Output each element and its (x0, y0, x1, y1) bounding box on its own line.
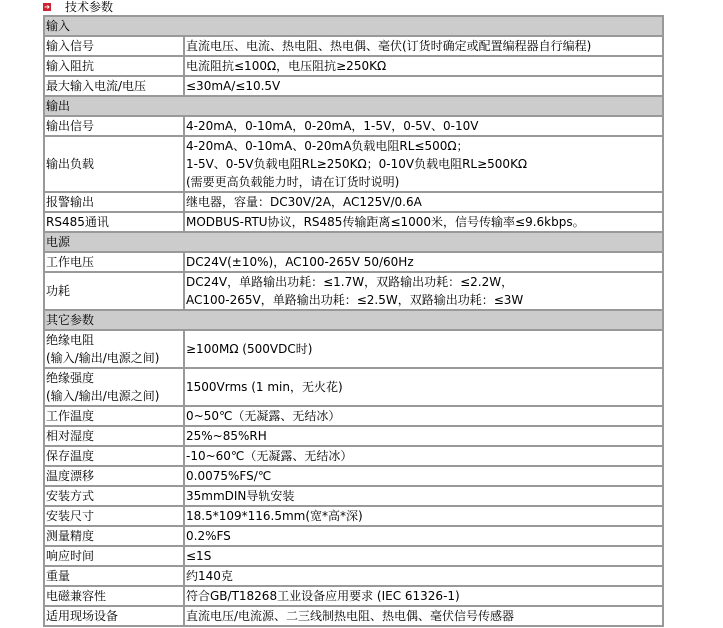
param-name-line: 绝缘强度 (46, 369, 183, 387)
param-value-line: 1500Vrms (1 min，无火花) (186, 378, 662, 396)
param-value: 0~50℃（无凝露、无结冰） (184, 406, 663, 426)
param-value: MODBUS-RTU协议，RS485传输距离≤1000米，信号传输率≤9.6kb… (184, 212, 663, 232)
param-value: 25%~85%RH (184, 426, 663, 446)
table-row: 绝缘强度(输入/输出/电源之间)1500Vrms (1 min，无火花) (44, 368, 663, 406)
param-value-line: DC24V，单路输出功耗：≤1.7W，双路输出功耗：≤2.2W， (186, 273, 662, 291)
table-row: 最大输入电流/电压≤30mA/≤10.5V (44, 76, 663, 96)
param-name-line: (输入/输出/电源之间) (46, 387, 183, 405)
table-row: 报警输出继电器，容量：DC30V/2A，AC125V/0.6A (44, 192, 663, 212)
param-value: 直流电压/电流源、二三线制热电阻、热电偶、毫伏信号传感器 (184, 606, 663, 626)
param-name-line: 安装方式 (46, 487, 183, 505)
param-name-line: 输出信号 (46, 117, 183, 135)
table-row: 输入信号直流电压、电流、热电阻、热电偶、毫伏(订货时确定或配置编程器自行编程) (44, 36, 663, 56)
param-name: 功耗 (44, 272, 184, 310)
param-name-line: 适用现场设备 (46, 607, 183, 625)
param-name: 绝缘电阻(输入/输出/电源之间) (44, 330, 184, 368)
param-value-line: 25%~85%RH (186, 427, 662, 445)
param-name-line: (输入/输出/电源之间) (46, 349, 183, 367)
param-name: 安装尺寸 (44, 506, 184, 526)
param-name: RS485通讯 (44, 212, 184, 232)
param-value-line: 约140克 (186, 567, 662, 585)
param-name-line: 工作电压 (46, 253, 183, 271)
param-value-line: DC24V(±10%)，AC100-265V 50/60Hz (186, 253, 662, 271)
param-value-line: 18.5*109*116.5mm(宽*高*深) (186, 507, 662, 525)
param-value: 电流阻抗≤100Ω，电压阻抗≥250KΩ (184, 56, 663, 76)
param-name-line: 输入信号 (46, 37, 183, 55)
param-value-line: 直流电压/电流源、二三线制热电阻、热电偶、毫伏信号传感器 (186, 607, 662, 625)
param-name-line: 安装尺寸 (46, 507, 183, 525)
table-row: 安装尺寸18.5*109*116.5mm(宽*高*深) (44, 506, 663, 526)
param-name-line: 相对湿度 (46, 427, 183, 445)
param-value-line: (需要更高负载能力时，请在订货时说明) (186, 173, 662, 191)
param-name-line: 输入阻抗 (46, 57, 183, 75)
param-name: 重量 (44, 566, 184, 586)
table-row: 工作电压DC24V(±10%)，AC100-265V 50/60Hz (44, 252, 663, 272)
table-row: 适用现场设备直流电压/电流源、二三线制热电阻、热电偶、毫伏信号传感器 (44, 606, 663, 626)
param-name: 输出信号 (44, 116, 184, 136)
param-value: DC24V，单路输出功耗：≤1.7W，双路输出功耗：≤2.2W，AC100-26… (184, 272, 663, 310)
param-name-line: RS485通讯 (46, 213, 183, 231)
param-value-line: 0.2%FS (186, 527, 662, 545)
table-row: 响应时间≤1S (44, 546, 663, 566)
param-value: ≤30mA/≤10.5V (184, 76, 663, 96)
table-row: 保存温度-10~60℃（无凝露、无结冰） (44, 446, 663, 466)
param-name: 相对湿度 (44, 426, 184, 446)
table-row: RS485通讯MODBUS-RTU协议，RS485传输距离≤1000米，信号传输… (44, 212, 663, 232)
section-header: 输入 (44, 16, 663, 36)
param-name-line: 绝缘电阻 (46, 331, 183, 349)
param-name: 绝缘强度(输入/输出/电源之间) (44, 368, 184, 406)
param-value-line: 4-20mA，0-10mA，0-20mA，1-5V，0-5V、0-10V (186, 117, 662, 135)
param-name-line: 保存温度 (46, 447, 183, 465)
param-name: 报警输出 (44, 192, 184, 212)
table-row: 绝缘电阻(输入/输出/电源之间)≥100MΩ (500VDC时) (44, 330, 663, 368)
param-value-line: 4-20mA、0-10mA、0-20mA负载电阻RL≤500Ω； (186, 137, 662, 155)
red-arrow-icon: ➜ (43, 3, 51, 11)
param-name: 安装方式 (44, 486, 184, 506)
param-name-line: 输出负载 (46, 155, 183, 173)
param-value: DC24V(±10%)，AC100-265V 50/60Hz (184, 252, 663, 272)
param-name: 保存温度 (44, 446, 184, 466)
param-value: 继电器，容量：DC30V/2A，AC125V/0.6A (184, 192, 663, 212)
param-value-line: 0.0075%FS/℃ (186, 467, 662, 485)
table-row: 输出负载4-20mA、0-10mA、0-20mA负载电阻RL≤500Ω；1-5V… (44, 136, 663, 192)
param-name: 电磁兼容性 (44, 586, 184, 606)
table-row: 电磁兼容性符合GB/T18268工业设备应用要求 (IEC 61326-1) (44, 586, 663, 606)
param-value: ≥100MΩ (500VDC时) (184, 330, 663, 368)
param-name-line: 重量 (46, 567, 183, 585)
param-value: ≤1S (184, 546, 663, 566)
param-name: 适用现场设备 (44, 606, 184, 626)
param-value: -10~60℃（无凝露、无结冰） (184, 446, 663, 466)
param-value-line: -10~60℃（无凝露、无结冰） (186, 447, 662, 465)
param-name-line: 功耗 (46, 282, 183, 300)
table-row: 温度漂移0.0075%FS/℃ (44, 466, 663, 486)
param-value: 直流电压、电流、热电阻、热电偶、毫伏(订货时确定或配置编程器自行编程) (184, 36, 663, 56)
table-row: 工作温度0~50℃（无凝露、无结冰） (44, 406, 663, 426)
table-row: 输入阻抗电流阻抗≤100Ω，电压阻抗≥250KΩ (44, 56, 663, 76)
param-value-line: ≤1S (186, 547, 662, 565)
param-value-line: 0~50℃（无凝露、无结冰） (186, 407, 662, 425)
param-value-line: 电流阻抗≤100Ω，电压阻抗≥250KΩ (186, 57, 662, 75)
section-header: 输出 (44, 96, 663, 116)
section-title: ➜ 技术参数 (43, 0, 113, 14)
param-value-line: 直流电压、电流、热电阻、热电偶、毫伏(订货时确定或配置编程器自行编程) (186, 37, 662, 55)
section-header-row: 输入 (44, 16, 663, 36)
section-header: 电源 (44, 232, 663, 252)
param-name-line: 温度漂移 (46, 467, 183, 485)
param-name: 最大输入电流/电压 (44, 76, 184, 96)
param-value-line: AC100-265V，单路输出功耗：≤2.5W，双路输出功耗：≤3W (186, 291, 662, 309)
param-name-line: 报警输出 (46, 193, 183, 211)
param-name-line: 响应时间 (46, 547, 183, 565)
param-value-line: 1-5V、0-5V负载电阻RL≥250KΩ；0-10V负载电阻RL≥500KΩ (186, 155, 662, 173)
param-name: 输入阻抗 (44, 56, 184, 76)
section-header-row: 电源 (44, 232, 663, 252)
table-row: 相对湿度25%~85%RH (44, 426, 663, 446)
section-header-row: 输出 (44, 96, 663, 116)
param-value: 0.2%FS (184, 526, 663, 546)
param-value-line: 继电器，容量：DC30V/2A，AC125V/0.6A (186, 193, 662, 211)
param-value: 符合GB/T18268工业设备应用要求 (IEC 61326-1) (184, 586, 663, 606)
table-row: 功耗DC24V，单路输出功耗：≤1.7W，双路输出功耗：≤2.2W，AC100-… (44, 272, 663, 310)
param-value: 4-20mA，0-10mA，0-20mA，1-5V，0-5V、0-10V (184, 116, 663, 136)
param-value-line: MODBUS-RTU协议，RS485传输距离≤1000米，信号传输率≤9.6kb… (186, 213, 662, 231)
section-header: 其它参数 (44, 310, 663, 330)
param-value-line: 符合GB/T18268工业设备应用要求 (IEC 61326-1) (186, 587, 662, 605)
param-name-line: 电磁兼容性 (46, 587, 183, 605)
param-value: 0.0075%FS/℃ (184, 466, 663, 486)
param-name: 输出负载 (44, 136, 184, 192)
table-row: 重量约140克 (44, 566, 663, 586)
param-name-line: 最大输入电流/电压 (46, 77, 183, 95)
param-value-line: ≥100MΩ (500VDC时) (186, 340, 662, 358)
section-header-row: 其它参数 (44, 310, 663, 330)
param-name: 工作温度 (44, 406, 184, 426)
param-name: 温度漂移 (44, 466, 184, 486)
param-value: 35mmDIN导轨安装 (184, 486, 663, 506)
section-title-text: 技术参数 (65, 0, 113, 14)
param-value-line: ≤30mA/≤10.5V (186, 77, 662, 95)
param-value-line: 35mmDIN导轨安装 (186, 487, 662, 505)
param-name-line: 测量精度 (46, 527, 183, 545)
param-name: 输入信号 (44, 36, 184, 56)
param-name: 响应时间 (44, 546, 184, 566)
param-name: 测量精度 (44, 526, 184, 546)
param-value: 1500Vrms (1 min，无火花) (184, 368, 663, 406)
param-value: 18.5*109*116.5mm(宽*高*深) (184, 506, 663, 526)
param-name-line: 工作温度 (46, 407, 183, 425)
table-row: 输出信号4-20mA，0-10mA，0-20mA，1-5V，0-5V、0-10V (44, 116, 663, 136)
table-row: 测量精度0.2%FS (44, 526, 663, 546)
spec-table: 输入输入信号直流电压、电流、热电阻、热电偶、毫伏(订货时确定或配置编程器自行编程… (43, 15, 664, 627)
param-value: 约140克 (184, 566, 663, 586)
param-name: 工作电压 (44, 252, 184, 272)
table-row: 安装方式35mmDIN导轨安装 (44, 486, 663, 506)
param-value: 4-20mA、0-10mA、0-20mA负载电阻RL≤500Ω；1-5V、0-5… (184, 136, 663, 192)
